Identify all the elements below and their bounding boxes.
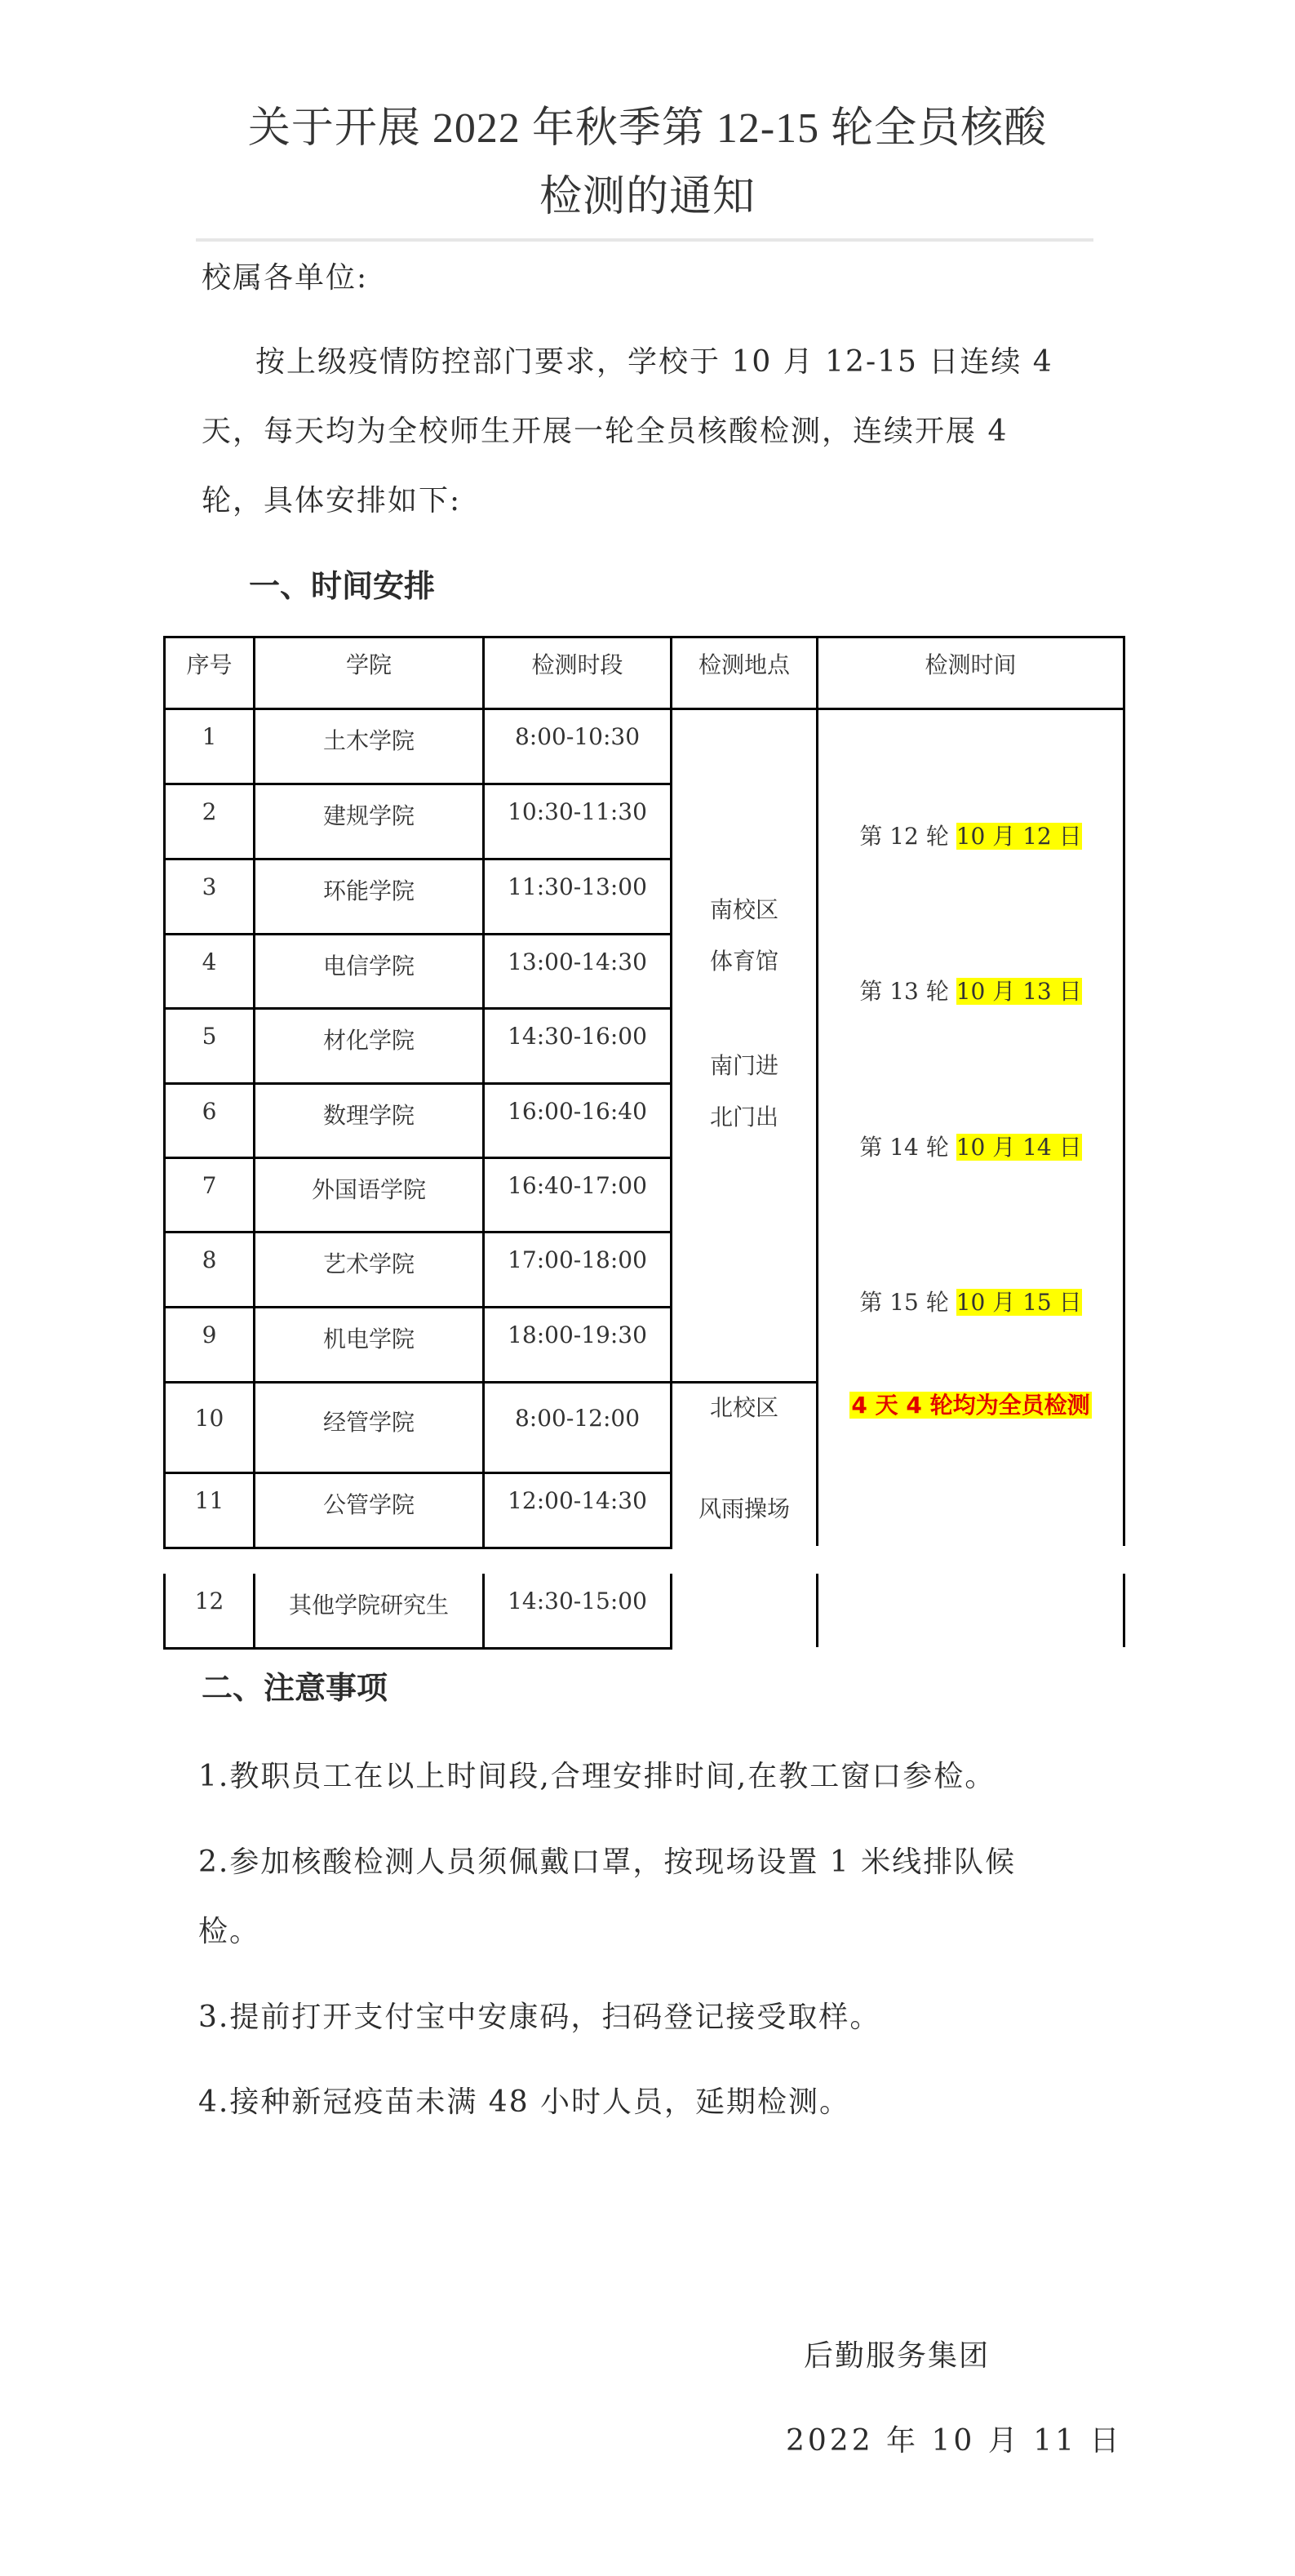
row-period: 11:30-13:00 <box>485 873 670 900</box>
row-no: 9 <box>166 1321 253 1348</box>
round-label: 第 14 轮 <box>859 1134 948 1161</box>
round-date-highlight: 10 月 14 日 <box>956 1134 1082 1161</box>
row-period: 16:00-16:40 <box>485 1098 670 1125</box>
row-college: 数理学院 <box>255 1098 482 1130</box>
header-location: 检测地点 <box>672 647 816 680</box>
row-college: 外国语学院 <box>255 1172 482 1205</box>
table-border-bottom <box>163 1647 672 1650</box>
row-no: 3 <box>166 873 253 900</box>
row-period: 14:30-16:00 <box>485 1023 670 1050</box>
row-no: 4 <box>166 948 253 975</box>
round-label: 第 13 轮 <box>859 978 948 1005</box>
row-college: 建规学院 <box>255 798 482 831</box>
row-divider <box>163 1082 672 1085</box>
col-line <box>1123 1574 1125 1647</box>
row-period: 10:30-11:30 <box>485 798 670 825</box>
row-college: 电信学院 <box>255 948 482 981</box>
row-no: 10 <box>166 1405 253 1432</box>
row-period: 18:00-19:30 <box>485 1321 670 1348</box>
row-no: 7 <box>166 1172 253 1199</box>
row-college: 土木学院 <box>255 723 482 756</box>
section-heading-notices: 二、注意事项 <box>202 1663 388 1708</box>
document-title-line-2: 检测的通知 <box>0 160 1295 235</box>
round-date-highlight: 10 月 12 日 <box>956 823 1082 850</box>
location-line: 南校区 <box>672 892 816 925</box>
location-line: 风雨操场 <box>672 1491 816 1524</box>
row-divider <box>163 933 672 935</box>
table-header-divider <box>163 708 1125 710</box>
row-divider <box>163 858 672 860</box>
document-title-line-1: 关于开展 2022 年秋季第 12-15 轮全员核酸 <box>0 91 1295 167</box>
row-no: 1 <box>166 723 253 750</box>
row-period: 17:00-18:00 <box>485 1246 670 1273</box>
notice-item-3: 3.提前打开支付宝中安康码，扫码登记接受取样。 <box>198 1994 880 2036</box>
col-line <box>1123 636 1125 1546</box>
col-line <box>816 1574 818 1647</box>
row-college: 环能学院 <box>255 873 482 906</box>
round-14: 第 14 轮 10 月 14 日 <box>818 1130 1123 1162</box>
row-college: 机电学院 <box>255 1321 482 1354</box>
intro-line-2: 天，每天均为全校师生开展一轮全员核酸检测，连续开展 4 <box>202 408 1008 450</box>
round-label: 第 15 轮 <box>859 1289 948 1316</box>
location-line: 北校区 <box>672 1390 816 1423</box>
signature-date: 2022 年 10 月 11 日 <box>786 2418 1122 2459</box>
row-divider <box>163 1306 672 1308</box>
row-college: 经管学院 <box>255 1405 482 1437</box>
notice-item-4: 4.接种新冠疫苗未满 48 小时人员，延期检测。 <box>198 2079 850 2121</box>
row-divider <box>163 1231 672 1233</box>
row-period: 8:00-10:30 <box>485 723 670 750</box>
full-testing-note: 4 天 4 轮均为全员检测 <box>818 1388 1123 1420</box>
row-divider <box>163 783 672 785</box>
round-label: 第 12 轮 <box>859 823 948 850</box>
col-line <box>670 1574 672 1650</box>
round-15: 第 15 轮 10 月 15 日 <box>818 1285 1123 1317</box>
salutation: 校属各单位: <box>202 255 368 296</box>
row-divider <box>163 1007 672 1010</box>
notice-item-2: 2.参加核酸检测人员须佩戴口罩，按现场设置 1 米线排队候 <box>198 1839 1016 1881</box>
round-date-highlight: 10 月 13 日 <box>956 978 1082 1005</box>
row-period: 13:00-14:30 <box>485 948 670 975</box>
row-period: 14:30-15:00 <box>485 1588 670 1614</box>
row-no: 11 <box>166 1487 253 1514</box>
round-date-highlight: 10 月 15 日 <box>956 1289 1082 1316</box>
notice-item-2-cont: 检。 <box>198 1908 260 1950</box>
row-college: 材化学院 <box>255 1023 482 1055</box>
intro-line-1: 按上级疫情防控部门要求，学校于 10 月 12-15 日连续 4 <box>255 339 1053 380</box>
row-no: 2 <box>166 798 253 825</box>
header-no: 序号 <box>166 647 253 680</box>
table-border-top <box>163 636 1125 638</box>
row-college: 其他学院研究生 <box>255 1588 482 1620</box>
header-college: 学院 <box>255 647 482 680</box>
row-period: 12:00-14:30 <box>485 1487 670 1514</box>
row-no: 8 <box>166 1246 253 1273</box>
location-line: 北门出 <box>672 1099 816 1132</box>
title-divider <box>196 238 1093 242</box>
location-line: 体育馆 <box>672 944 816 976</box>
intro-line-3: 轮，具体安排如下: <box>202 477 461 519</box>
table-fragment-bottom <box>163 1547 672 1549</box>
header-period: 检测时段 <box>485 647 670 680</box>
note-highlight: 4 天 4 轮均为全员检测 <box>849 1392 1091 1419</box>
row-divider <box>163 1472 672 1474</box>
row-period: 8:00-12:00 <box>485 1405 670 1432</box>
row-no: 5 <box>166 1023 253 1050</box>
row-no: 12 <box>166 1588 253 1614</box>
section-heading-schedule: 一、时间安排 <box>249 561 435 606</box>
notice-item-1: 1.教职员工在以上时间段,合理安排时间,在教工窗口参检。 <box>198 1753 996 1795</box>
row-college: 艺术学院 <box>255 1246 482 1279</box>
row-college: 公管学院 <box>255 1487 482 1520</box>
row-period: 16:40-17:00 <box>485 1172 670 1199</box>
round-12: 第 12 轮 10 月 12 日 <box>818 819 1123 851</box>
location-line: 南门进 <box>672 1048 816 1081</box>
header-time: 检测时间 <box>818 647 1123 680</box>
round-13: 第 13 轮 10 月 13 日 <box>818 974 1123 1006</box>
row-divider-campus <box>163 1381 818 1383</box>
row-divider <box>163 1157 672 1159</box>
signature-org: 后勤服务集团 <box>804 2333 990 2374</box>
row-no: 6 <box>166 1098 253 1125</box>
